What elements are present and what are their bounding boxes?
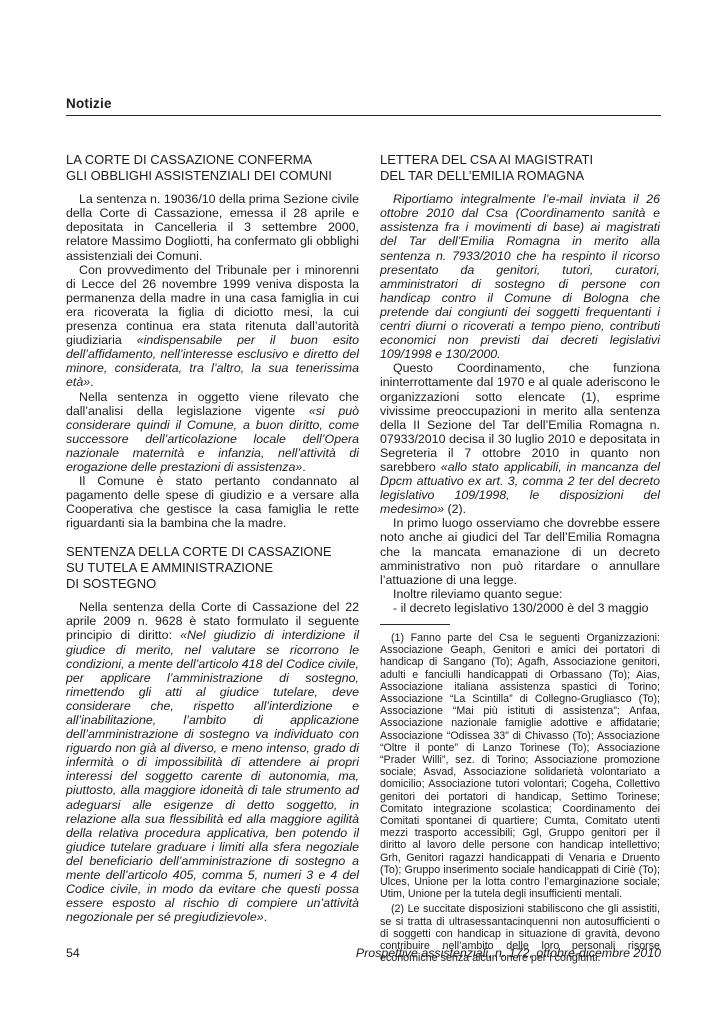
paragraph: - il decreto legislativo 130/2000 è del … — [380, 601, 660, 615]
paragraph: La sentenza n. 19036/10 della prima Sezi… — [66, 192, 359, 262]
left-column: LA CORTE DI CASSAZIONE CONFERMA GLI OBBL… — [66, 152, 359, 924]
paragraph: Questo Coordinamento, che funziona inint… — [380, 361, 660, 516]
page-number: 54 — [66, 946, 80, 960]
footnote-separator-rule — [380, 624, 450, 625]
two-column-layout: LA CORTE DI CASSAZIONE CONFERMA GLI OBBL… — [66, 152, 660, 967]
document-page: Notizie LA CORTE DI CASSAZIONE CONFERMA … — [0, 0, 725, 1024]
header-rule — [66, 115, 661, 116]
footnote-1: (1) Fanno parte del Csa le seguenti Orga… — [380, 632, 660, 900]
paragraph: Nella sentenza della Corte di Cassazione… — [66, 600, 359, 924]
article-title-lettera-csa: LETTERA DEL CSA AI MAGISTRATI DEL TAR DE… — [380, 152, 660, 183]
paragraph: Inoltre rileviamo quanto segue: — [380, 587, 660, 601]
article-title-tutela-sostegno: SENTENZA DELLA CORTE DI CASSAZIONE SU TU… — [66, 544, 359, 591]
paragraph: In primo luogo osserviamo che dovrebbe e… — [380, 516, 660, 586]
right-column: LETTERA DEL CSA AI MAGISTRATI DEL TAR DE… — [380, 152, 660, 967]
journal-reference: Prospettive assistenziali, n. 172, ottob… — [356, 946, 661, 960]
paragraph: Con provvedimento del Tribunale per i mi… — [66, 263, 359, 390]
page-footer: 54 Prospettive assistenziali, n. 172, ot… — [66, 946, 661, 960]
paragraph: Il Comune è stato pertanto condannato al… — [66, 474, 359, 530]
paragraph: Riportiamo integralmente l’e-mail inviat… — [380, 192, 660, 361]
section-header: Notizie — [66, 96, 112, 111]
paragraph: Nella sentenza in oggetto viene rilevato… — [66, 390, 359, 475]
article-title-cassazione-comuni: LA CORTE DI CASSAZIONE CONFERMA GLI OBBL… — [66, 152, 359, 183]
masthead: Notizie — [66, 95, 661, 113]
